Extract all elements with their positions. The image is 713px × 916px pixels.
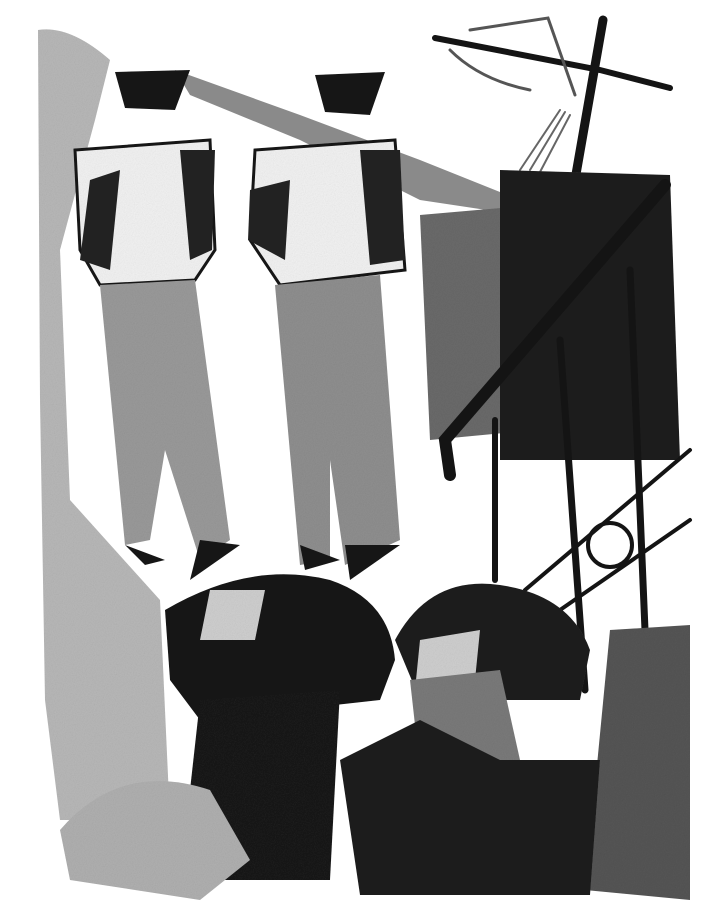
ink-illustration (0, 0, 713, 916)
